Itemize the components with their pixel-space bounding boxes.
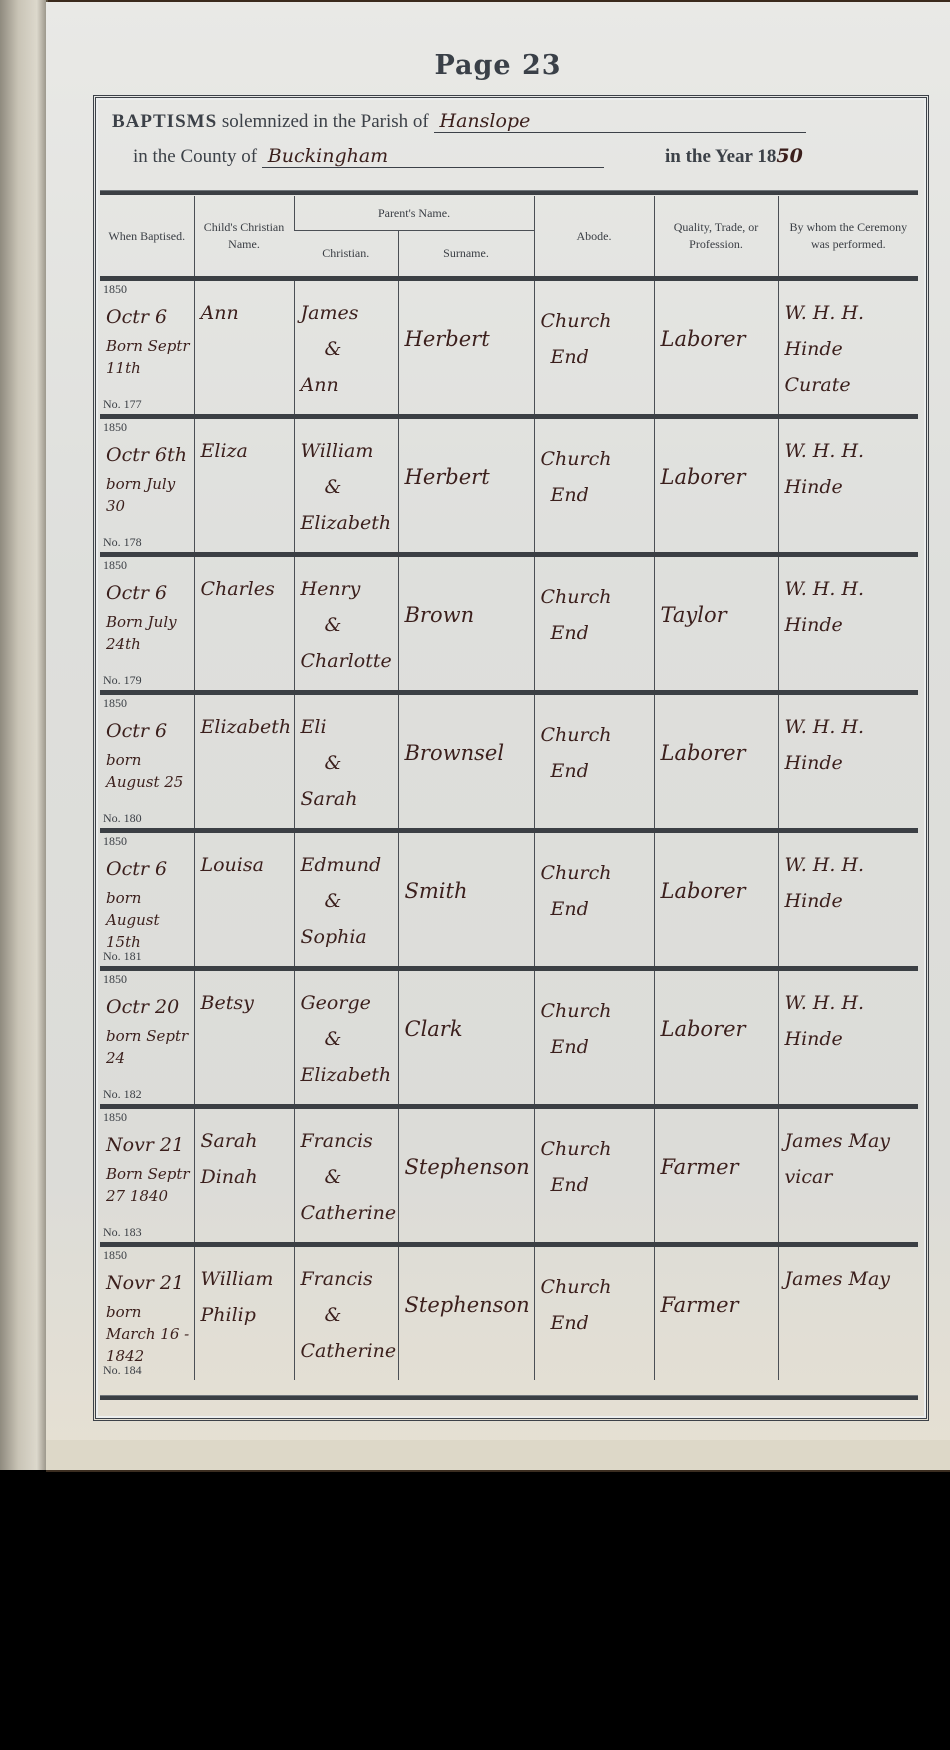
entry-year: 1850 bbox=[103, 1248, 127, 1263]
officiant-line-1: James May bbox=[785, 1123, 891, 1159]
abode-cell: Church End bbox=[534, 831, 654, 969]
trade-cell: Laborer bbox=[654, 693, 778, 831]
mother-name: Sophia bbox=[301, 919, 382, 955]
surname: Brown bbox=[405, 603, 475, 627]
baptism-date: Octr 6 bbox=[106, 575, 194, 611]
baptism-register-table: When Baptised. Child's Christian Name. P… bbox=[100, 196, 918, 1380]
baptism-date: Octr 6 bbox=[106, 299, 194, 335]
ampersand: & bbox=[301, 1297, 397, 1333]
baptism-date: Octr 20 bbox=[106, 989, 194, 1025]
abode-line-1: Church bbox=[541, 579, 612, 615]
ampersand: & bbox=[301, 1159, 397, 1195]
when-baptised-cell: 1850 Octr 6th born July 30 No. 178 bbox=[100, 417, 194, 555]
child-name-cell: Charles bbox=[194, 555, 294, 693]
officiant-cell: W. H. H. Hinde bbox=[778, 693, 918, 831]
baptism-date: Octr 6th bbox=[106, 437, 194, 473]
abode-line-2: End bbox=[541, 615, 612, 651]
officiant-line-1: James May bbox=[785, 1261, 891, 1297]
entry-year: 1850 bbox=[103, 972, 127, 987]
when-baptised-cell: 1850 Octr 6 born August 25 No. 180 bbox=[100, 693, 194, 831]
abode-line-1: Church bbox=[541, 303, 612, 339]
parent-christian-cell: George & Elizabeth bbox=[294, 969, 398, 1107]
officiant-cell: James May vicar bbox=[778, 1107, 918, 1245]
title-bold: BAPTISMS bbox=[112, 111, 217, 132]
officiant-line-1: W. H. H. bbox=[785, 571, 865, 607]
mother-name: Ann bbox=[301, 367, 359, 403]
col-when: When Baptised. bbox=[100, 196, 194, 279]
abode-cell: Church End bbox=[534, 555, 654, 693]
officiant-cell: W. H. H. Hinde Curate bbox=[778, 279, 918, 417]
officiant-line-2: Hinde bbox=[785, 1021, 865, 1057]
abode-line-1: Church bbox=[541, 441, 612, 477]
year-line: in the Year 1850 bbox=[665, 145, 803, 168]
col-parents: Parent's Name. bbox=[294, 196, 534, 231]
parent-christian-cell: Eli & Sarah bbox=[294, 693, 398, 831]
trade: Laborer bbox=[661, 465, 746, 489]
county-name: Buckingham bbox=[262, 145, 604, 168]
register-entry: 1850 Octr 20 born Septr 24 No. 182 Betsy… bbox=[100, 969, 918, 1107]
birth-date: Born Septr 27 1840 bbox=[106, 1163, 194, 1207]
register-title: BAPTISMS solemnized in the Parish of Han… bbox=[112, 110, 806, 133]
abode-line-1: Church bbox=[541, 717, 612, 753]
left-page-edge bbox=[0, 0, 48, 1470]
when-baptised-cell: 1850 Octr 6 born August 15th No. 181 bbox=[100, 831, 194, 969]
surname: Brownsel bbox=[405, 741, 505, 765]
birth-date: Born Septr 11th bbox=[106, 335, 194, 379]
abode-cell: Church End bbox=[534, 1107, 654, 1245]
when-baptised-cell: 1850 Octr 6 Born July 24th No. 179 bbox=[100, 555, 194, 693]
ampersand: & bbox=[301, 331, 359, 367]
entry-year: 1850 bbox=[103, 1110, 127, 1125]
abode-line-2: End bbox=[541, 339, 612, 375]
entry-year: 1850 bbox=[103, 696, 127, 711]
ampersand: & bbox=[301, 607, 392, 643]
birth-date: born Septr 24 bbox=[106, 1025, 194, 1069]
surname: Herbert bbox=[405, 465, 490, 489]
entry-year: 1850 bbox=[103, 420, 127, 435]
register-entry: 1850 Octr 6th born July 30 No. 178 Eliza… bbox=[100, 417, 918, 555]
officiant-cell: James May bbox=[778, 1245, 918, 1381]
child-name: Elizabeth bbox=[201, 709, 292, 745]
abode-line-2: End bbox=[541, 1029, 612, 1065]
abode-line-2: End bbox=[541, 1167, 612, 1203]
col-christian: Christian. bbox=[294, 231, 398, 279]
child-name: Ann bbox=[201, 295, 239, 331]
parent-christian-cell: Henry & Charlotte bbox=[294, 555, 398, 693]
abode-cell: Church End bbox=[534, 693, 654, 831]
child-name: Charles bbox=[201, 571, 275, 607]
col-quality: Quality, Trade, or Profession. bbox=[654, 196, 778, 279]
entry-number: No. 182 bbox=[103, 1087, 142, 1102]
baptism-date: Novr 21 bbox=[106, 1127, 194, 1163]
abode-line-1: Church bbox=[541, 855, 612, 891]
child-name-cell: Eliza bbox=[194, 417, 294, 555]
county-line: in the County of Buckingham bbox=[133, 145, 604, 168]
surname-cell: Stephenson bbox=[398, 1107, 534, 1245]
officiant-line-2: Hinde bbox=[785, 331, 865, 367]
father-name: Francis bbox=[301, 1123, 397, 1159]
mother-name: Charlotte bbox=[301, 643, 392, 679]
entry-number: No. 179 bbox=[103, 673, 142, 688]
abode-cell: Church End bbox=[534, 969, 654, 1107]
surname-cell: Brownsel bbox=[398, 693, 534, 831]
surname-cell: Brown bbox=[398, 555, 534, 693]
trade: Laborer bbox=[661, 741, 746, 765]
officiant-cell: W. H. H. Hinde bbox=[778, 417, 918, 555]
child-name-cell: Elizabeth bbox=[194, 693, 294, 831]
child-name: Betsy bbox=[201, 985, 254, 1021]
title-rest: solemnized in the Parish of bbox=[222, 111, 429, 132]
trade-cell: Taylor bbox=[654, 555, 778, 693]
bottom-rule bbox=[100, 1395, 918, 1400]
year-suffix: 50 bbox=[776, 145, 802, 167]
surname-cell: Clark bbox=[398, 969, 534, 1107]
surname-cell: Smith bbox=[398, 831, 534, 969]
father-name: Eli bbox=[301, 709, 358, 745]
trade: Farmer bbox=[661, 1155, 739, 1179]
year-label: in the Year 18 bbox=[665, 146, 776, 167]
trade-cell: Laborer bbox=[654, 831, 778, 969]
ampersand: & bbox=[301, 469, 392, 505]
surname: Herbert bbox=[405, 327, 490, 351]
abode-line-1: Church bbox=[541, 993, 612, 1029]
abode-line-1: Church bbox=[541, 1269, 612, 1305]
child-name-cell: Ann bbox=[194, 279, 294, 417]
child-name: Louisa bbox=[201, 847, 264, 883]
mother-name: Sarah bbox=[301, 781, 358, 817]
officiant-cell: W. H. H. Hinde bbox=[778, 831, 918, 969]
surname-cell: Herbert bbox=[398, 417, 534, 555]
abode-cell: Church End bbox=[534, 1245, 654, 1381]
trade-cell: Farmer bbox=[654, 1245, 778, 1381]
register-entry: 1850 Novr 21 born March 16 - 1842 No. 18… bbox=[100, 1245, 918, 1381]
child-name-cell: Betsy bbox=[194, 969, 294, 1107]
surname: Stephenson bbox=[405, 1155, 530, 1179]
child-name-cell: Sarah Dinah bbox=[194, 1107, 294, 1245]
abode-cell: Church End bbox=[534, 417, 654, 555]
trade-cell: Laborer bbox=[654, 969, 778, 1107]
mother-name: Catherine bbox=[301, 1195, 397, 1231]
register-entry: 1850 Octr 6 Born July 24th No. 179 Charl… bbox=[100, 555, 918, 693]
mother-name: Catherine bbox=[301, 1333, 397, 1369]
col-surname: Surname. bbox=[398, 231, 534, 279]
mother-name: Elizabeth bbox=[301, 505, 392, 541]
entry-number: No. 177 bbox=[103, 397, 142, 412]
father-name: Edmund bbox=[301, 847, 382, 883]
abode-line-2: End bbox=[541, 477, 612, 513]
birth-date: born July 30 bbox=[106, 473, 194, 517]
officiant-line-1: W. H. H. bbox=[785, 709, 865, 745]
baptism-date: Octr 6 bbox=[106, 851, 194, 887]
entry-year: 1850 bbox=[103, 558, 127, 573]
child-name-cell: Louisa bbox=[194, 831, 294, 969]
col-child: Child's Christian Name. bbox=[194, 196, 294, 279]
birth-date: born March 16 - 1842 bbox=[106, 1301, 194, 1367]
trade: Laborer bbox=[661, 879, 746, 903]
trade-cell: Farmer bbox=[654, 1107, 778, 1245]
officiant-line-1: W. H. H. bbox=[785, 295, 865, 331]
county-label: in the County of bbox=[133, 146, 257, 167]
child-name: William Philip bbox=[201, 1261, 294, 1333]
header-row: When Baptised. Child's Christian Name. P… bbox=[100, 196, 918, 231]
when-baptised-cell: 1850 Novr 21 born March 16 - 1842 No. 18… bbox=[100, 1245, 194, 1381]
abode-line-1: Church bbox=[541, 1131, 612, 1167]
col-by-whom: By whom the Ceremony was performed. bbox=[778, 196, 918, 279]
mother-name: Elizabeth bbox=[301, 1057, 392, 1093]
officiant-cell: W. H. H. Hinde bbox=[778, 969, 918, 1107]
abode-line-2: End bbox=[541, 1305, 612, 1341]
ampersand: & bbox=[301, 745, 358, 781]
child-name: Eliza bbox=[201, 433, 248, 469]
entry-year: 1850 bbox=[103, 834, 127, 849]
col-abode: Abode. bbox=[534, 196, 654, 279]
father-name: James bbox=[301, 295, 359, 331]
surname: Clark bbox=[405, 1017, 463, 1041]
trade: Laborer bbox=[661, 327, 746, 351]
surname-cell: Stephenson bbox=[398, 1245, 534, 1381]
parent-christian-cell: William & Elizabeth bbox=[294, 417, 398, 555]
trade: Laborer bbox=[661, 1017, 746, 1041]
ampersand: & bbox=[301, 883, 382, 919]
when-baptised-cell: 1850 Octr 20 born Septr 24 No. 182 bbox=[100, 969, 194, 1107]
officiant-line-1: W. H. H. bbox=[785, 847, 865, 883]
father-name: Henry bbox=[301, 571, 392, 607]
register-entry: 1850 Octr 6 Born Septr 11th No. 177 Ann … bbox=[100, 279, 918, 417]
when-baptised-cell: 1850 Octr 6 Born Septr 11th No. 177 bbox=[100, 279, 194, 417]
officiant-line-1: W. H. H. bbox=[785, 985, 865, 1021]
abode-cell: Church End bbox=[534, 279, 654, 417]
father-name: William bbox=[301, 433, 392, 469]
officiant-cell: W. H. H. Hinde bbox=[778, 555, 918, 693]
parent-christian-cell: Francis & Catherine bbox=[294, 1107, 398, 1245]
baptism-date: Octr 6 bbox=[106, 713, 194, 749]
trade: Farmer bbox=[661, 1293, 739, 1317]
register-entry: 1850 Octr 6 born August 15th No. 181 Lou… bbox=[100, 831, 918, 969]
ampersand: & bbox=[301, 1021, 392, 1057]
child-name: Sarah Dinah bbox=[201, 1123, 294, 1195]
trade-cell: Laborer bbox=[654, 279, 778, 417]
baptism-date: Novr 21 bbox=[106, 1265, 194, 1301]
officiant-line-2: Hinde bbox=[785, 883, 865, 919]
when-baptised-cell: 1850 Novr 21 Born Septr 27 1840 No. 183 bbox=[100, 1107, 194, 1245]
register-entry: 1850 Octr 6 born August 25 No. 180 Eliza… bbox=[100, 693, 918, 831]
surname: Smith bbox=[405, 879, 468, 903]
abode-line-2: End bbox=[541, 891, 612, 927]
birth-date: Born July 24th bbox=[106, 611, 194, 655]
entry-number: No. 180 bbox=[103, 811, 142, 826]
entry-number: No. 181 bbox=[103, 949, 142, 964]
register-entry: 1850 Novr 21 Born Septr 27 1840 No. 183 … bbox=[100, 1107, 918, 1245]
abode-line-2: End bbox=[541, 753, 612, 789]
father-name: George bbox=[301, 985, 392, 1021]
trade: Taylor bbox=[661, 603, 727, 627]
officiant-line-2: vicar bbox=[785, 1159, 891, 1195]
officiant-line-1: W. H. H. bbox=[785, 433, 865, 469]
officiant-line-2: Hinde bbox=[785, 607, 865, 643]
page-number: Page 23 bbox=[46, 50, 950, 81]
entry-number: No. 178 bbox=[103, 535, 142, 550]
surname-cell: Herbert bbox=[398, 279, 534, 417]
entry-year: 1850 bbox=[103, 282, 127, 297]
father-name: Francis bbox=[301, 1261, 397, 1297]
birth-date: born August 15th bbox=[106, 887, 194, 953]
parent-christian-cell: Francis & Catherine bbox=[294, 1245, 398, 1381]
child-name-cell: William Philip bbox=[194, 1245, 294, 1381]
entry-number: No. 183 bbox=[103, 1225, 142, 1240]
page-bottom-edge bbox=[46, 1440, 950, 1472]
entry-number: No. 184 bbox=[103, 1363, 142, 1378]
surname: Stephenson bbox=[405, 1293, 530, 1317]
parish-name: Hanslope bbox=[434, 110, 806, 133]
officiant-line-3: Curate bbox=[785, 367, 865, 403]
parent-christian-cell: Edmund & Sophia bbox=[294, 831, 398, 969]
birth-date: born August 25 bbox=[106, 749, 194, 793]
trade-cell: Laborer bbox=[654, 417, 778, 555]
officiant-line-2: Hinde bbox=[785, 469, 865, 505]
officiant-line-2: Hinde bbox=[785, 745, 865, 781]
parent-christian-cell: James & Ann bbox=[294, 279, 398, 417]
header-rule bbox=[100, 190, 918, 195]
